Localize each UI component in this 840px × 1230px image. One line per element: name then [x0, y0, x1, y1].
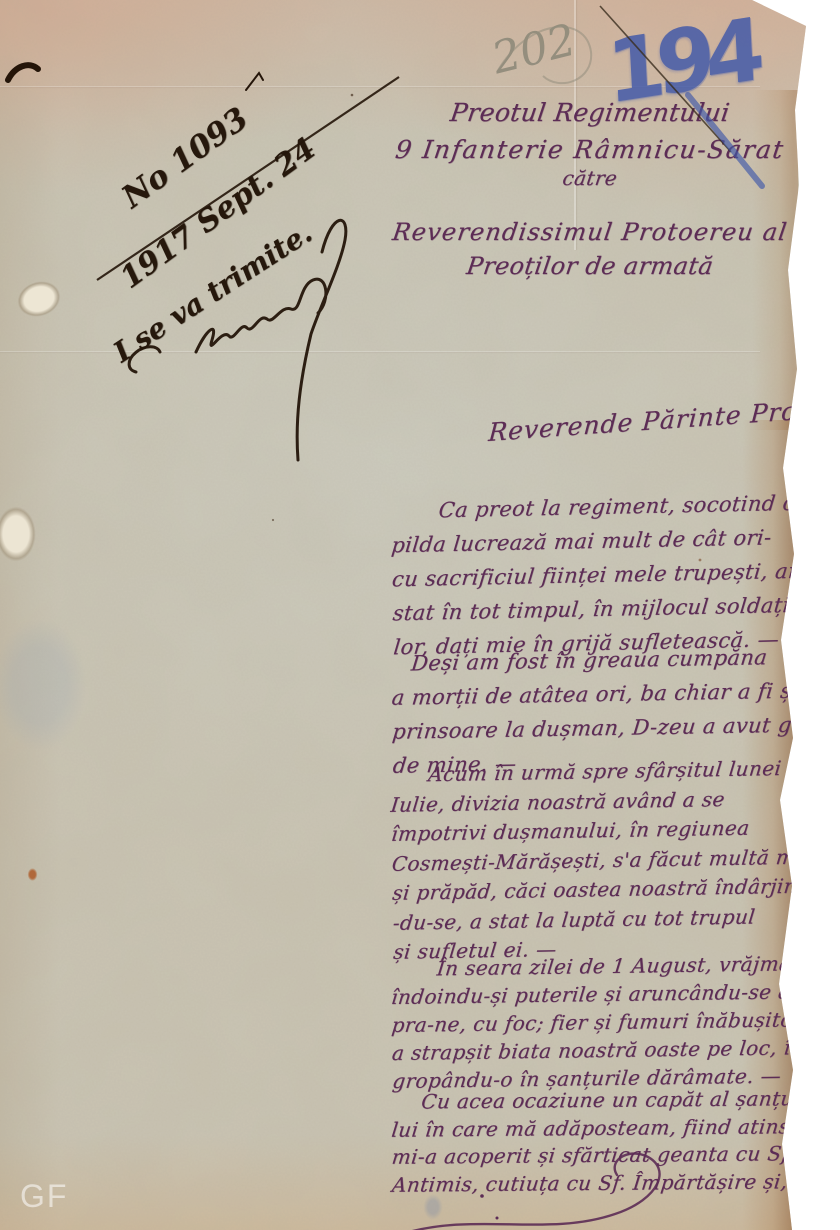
- ink-showthrough: [0, 600, 100, 770]
- scanned-document: 202 194 No 1093 1917 Sept. 24 I se va tr…: [0, 0, 840, 1230]
- paper-damage-spot: [0, 498, 42, 570]
- paragraph-5: Cu acea ocaziune un capăt al șanțu- lui …: [390, 1085, 801, 1199]
- salutation: Reverende Părinte Protoereu: [487, 390, 840, 447]
- recipient-line-1: Reverendissimul Protoereu al: [378, 218, 802, 246]
- manuscript-line: lui în care mă adăposteam, fiind atins,: [390, 1113, 803, 1144]
- header-line-1: Preotul Regimentului: [378, 98, 802, 127]
- paper-speck: [272, 519, 274, 521]
- rust-stain: [26, 866, 39, 883]
- manuscript-line: mi-a acoperit și sfărticat geanta cu Sf.: [390, 1140, 803, 1171]
- manuscript-line: Cu acea ocaziune un capăt al șanțu-: [420, 1085, 803, 1116]
- ink-blot-stroke: [8, 65, 38, 80]
- letter-header: Preotul Regimentului 9 Infanterie Râmnic…: [380, 98, 800, 190]
- paragraph-3: Acum în urmă spre sfârșitul lunei Iulie,…: [388, 753, 837, 967]
- scanner-watermark: GF: [20, 1178, 68, 1215]
- pen-flourish-mark: [246, 73, 263, 90]
- manuscript-line: Antimis, cutiuța cu Sf. Împărtășire și,: [390, 1168, 803, 1199]
- paper-damage-spot: [4, 268, 73, 330]
- folded-corner: [745, 0, 815, 50]
- paper-speck: [351, 94, 354, 97]
- paper-sheet: 202 194 No 1093 1917 Sept. 24 I se va tr…: [0, 0, 840, 1230]
- paragraph-4: În seara zilei de 1 August, vrăjmașul în…: [389, 949, 827, 1095]
- header-line-2: 9 Infanterie Râmnicu-Sărat: [378, 135, 802, 164]
- ink-dot: [496, 1217, 499, 1220]
- letter-recipient: Reverendissimul Protoereu al Preoților d…: [380, 218, 800, 280]
- recipient-line-2: Preoților de armată: [378, 252, 802, 280]
- pencil-page-number: 202: [487, 15, 581, 85]
- header-line-3: către: [378, 166, 801, 190]
- paragraph-1: Ca preot la regiment, socotind că pilda …: [388, 486, 809, 665]
